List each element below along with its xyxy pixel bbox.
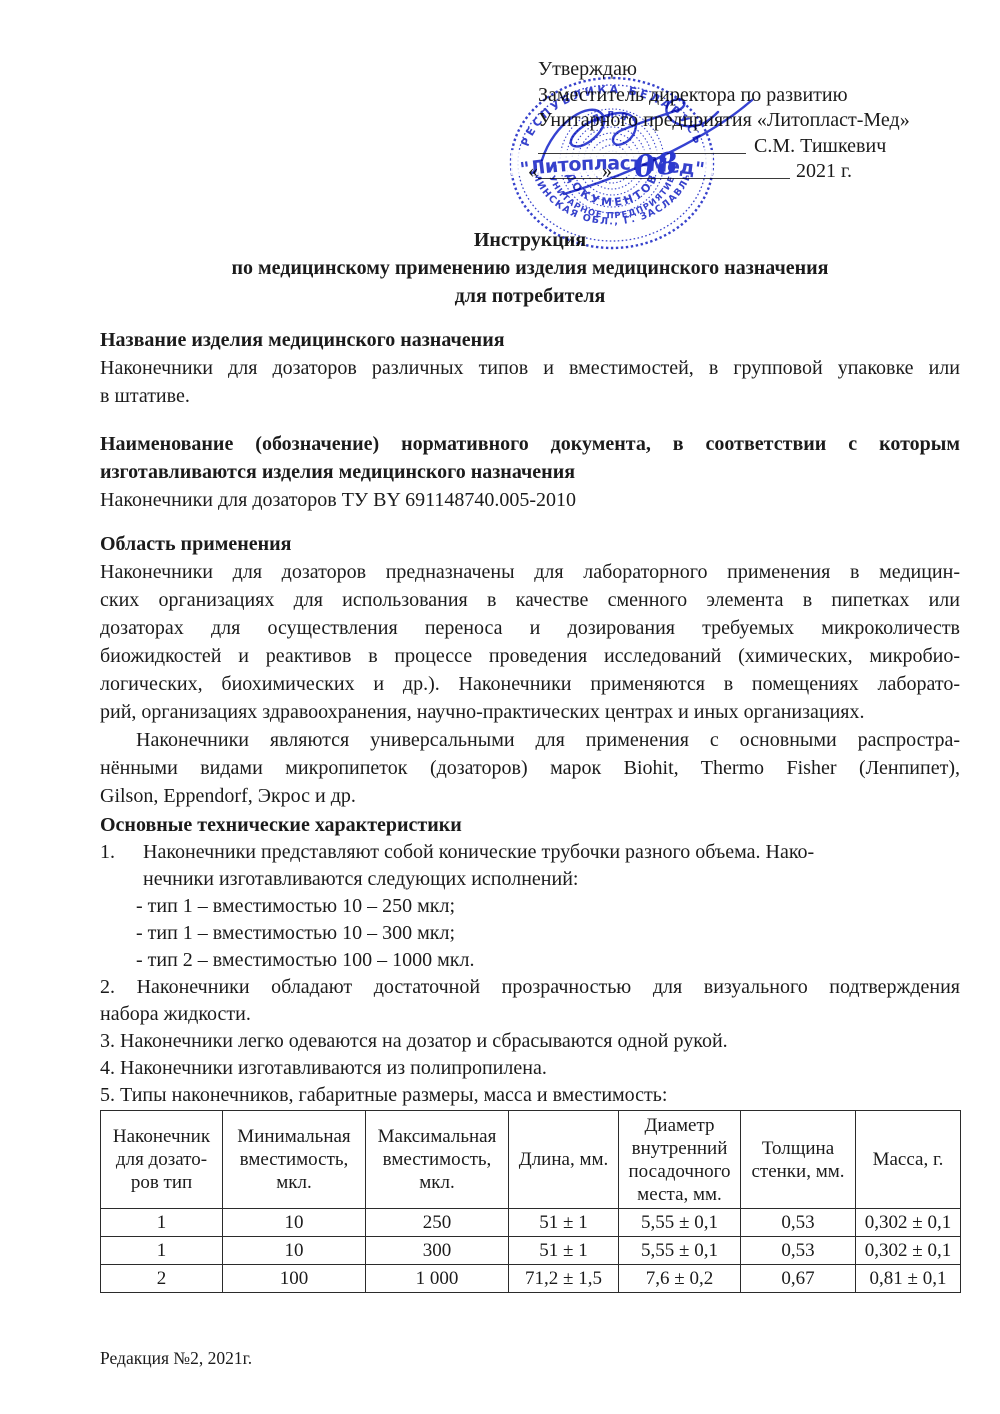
table-cell: 1 [101,1209,223,1237]
table-header-cell: Наконечник для дозато- ров тип [101,1111,223,1209]
handwritten-day: 08 [632,146,681,186]
paragraph-line: Наконечники представляют собой конически… [143,839,960,866]
spec-item-2: 2. Наконечники обладают достаточной проз… [100,974,960,1028]
table-cell: 51 ± 1 [509,1237,619,1265]
section-heading: Основные технические характеристики [100,812,960,839]
section-specs: Основные технические характеристики 1. Н… [100,812,960,1109]
section-heading: Область применения [100,530,960,558]
table-cell: 1 [101,1237,223,1265]
scope-paragraph-1: Наконечники для дозаторов предназначены … [100,558,960,726]
paragraph-line: 2. Наконечники обладают достаточной проз… [100,974,960,1001]
paragraph: Наконечники для дозаторов различных типо… [100,354,960,410]
paragraph-line: нёнными видами микропипеток (дозаторов) … [100,754,960,782]
table-cell: 0,302 ± 0,1 [856,1209,961,1237]
paragraph-line: биожидкостей и реактивов в процессе пров… [100,642,960,670]
paragraph-line: дозаторах для осуществления переноса и д… [100,614,960,642]
heading-line: изготавливаются изделия медицинского наз… [100,458,960,486]
normative-doc-designation: Наконечники для дозаторов ТУ BY 69114874… [100,486,960,514]
footer-revision: Редакция №2, 2021г. [100,1348,252,1369]
title-line-2: по медицинскому применению изделия медиц… [100,254,960,282]
item-body: Наконечники представляют собой конически… [143,839,960,974]
spec-item-4: 4. Наконечники изготавливаются из полипр… [100,1055,960,1082]
specs-table-wrap: Наконечник для дозато- ров тип Минимальн… [100,1110,960,1293]
table-header-cell: Максимальная вместимость, мкл. [366,1111,509,1209]
table-row: 1 10 300 51 ± 1 5,55 ± 0,1 0,53 0,302 ± … [101,1237,961,1265]
table-body: 1 10 250 51 ± 1 5,55 ± 0,1 0,53 0,302 ± … [101,1209,961,1293]
table-cell: 51 ± 1 [509,1209,619,1237]
paragraph-line: рий, организациях здравоохранения, научн… [100,698,960,726]
document-page: Утверждаю Заместитель директора по разви… [0,0,1000,1414]
title-line-3: для потребителя [100,282,960,310]
table-row: 1 10 250 51 ± 1 5,55 ± 0,1 0,53 0,302 ± … [101,1209,961,1237]
heading-line: Наименование (обозначение) нормативного … [100,430,960,458]
scope-paragraph-2: Наконечники являются универсальными для … [100,726,960,810]
table-header-cell: Минимальная вместимость, мкл. [223,1111,366,1209]
section-heading: Название изделия медицинского назначения [100,326,960,354]
paragraph-line: в штативе. [100,382,960,410]
section-product-name: Название изделия медицинского назначения… [100,326,960,410]
table-header-cell: Длина, мм. [509,1111,619,1209]
section-normative-doc: Наименование (обозначение) нормативного … [100,430,960,514]
bullet-line: - тип 1 – вместимостью 10 – 300 мкл; [136,920,960,947]
spec-item-1: 1. Наконечники представляют собой кониче… [100,839,960,974]
table-cell: 71,2 ± 1,5 [509,1265,619,1293]
table-cell: 250 [366,1209,509,1237]
table-header-cell: Диаметр внутренний посадочного места, мм… [619,1111,741,1209]
table-cell: 5,55 ± 0,1 [619,1209,741,1237]
table-cell: 7,6 ± 0,2 [619,1265,741,1293]
bullet-line: - тип 2 – вместимостью 100 – 1000 мкл. [136,947,960,974]
paragraph-line: ских организациях для использования в ка… [100,586,960,614]
table-cell: 0,53 [741,1237,856,1265]
table-cell: 100 [223,1265,366,1293]
table-cell: 1 000 [366,1265,509,1293]
paragraph-line: Наконечники для дозаторов различных типо… [100,354,960,382]
paragraph-line: набора жидкости. [100,1001,960,1028]
table-cell: 10 [223,1209,366,1237]
bullet-line: - тип 1 – вместимостью 10 – 250 мкл; [136,893,960,920]
table-cell: 10 [223,1237,366,1265]
section-heading: Наименование (обозначение) нормативного … [100,430,960,486]
section-scope: Область применения Наконечники для дозат… [100,530,960,810]
specs-table: Наконечник для дозато- ров тип Минимальн… [100,1110,961,1293]
table-cell: 0,302 ± 0,1 [856,1237,961,1265]
paragraph-line: Наконечники являются универсальными для … [100,726,960,754]
table-cell: 5,55 ± 0,1 [619,1237,741,1265]
paragraph-line: нечники изготавливаются следующих исполн… [143,866,960,893]
paragraph-line: Gilson, Eppendorf, Экрос и др. [100,782,960,810]
table-cell: 2 [101,1265,223,1293]
table-header-row: Наконечник для дозато- ров тип Минимальн… [101,1111,961,1209]
table-cell: 0,67 [741,1265,856,1293]
signature-stroke-main [542,99,718,160]
table-row: 2 100 1 000 71,2 ± 1,5 7,6 ± 0,2 0,67 0,… [101,1265,961,1293]
table-cell: 0,81 ± 0,1 [856,1265,961,1293]
spec-item-5: 5. Типы наконечников, габаритные размеры… [100,1082,960,1109]
table-header-cell: Толщина стенки, мм. [741,1111,856,1209]
table-cell: 0,53 [741,1209,856,1237]
table-cell: 300 [366,1237,509,1265]
year-label: 2021 г. [796,160,852,182]
spec-bullets: - тип 1 – вместимостью 10 – 250 мкл;- ти… [136,893,960,974]
handwritten-signature [520,88,790,203]
item-lines: Наконечники представляют собой конически… [143,839,960,893]
spec-item-3: 3. Наконечники легко одеваются на дозато… [100,1028,960,1055]
table-header-cell: Масса, г. [856,1111,961,1209]
paragraph-line: Наконечники для дозаторов предназначены … [100,558,960,586]
paragraph-line: логических, биохимических и др.). Наконе… [100,670,960,698]
